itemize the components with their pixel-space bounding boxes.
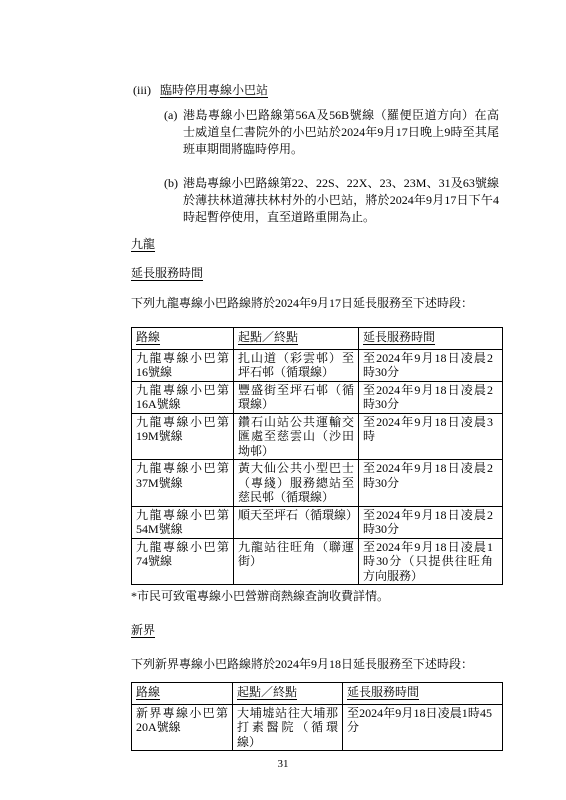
paragraph-a-marker: (a) [164,107,177,124]
paragraph-b: (b) 港島專線小巴路線第22、22S、22X、23、23M、31及63號線於薄… [131,175,499,226]
table-row: 新界專線小巴第20A號線大埔墟站往大埔那打素醫院（循環線）至2024年9月18日… [132,704,503,751]
table-cell: 九龍專線小巴第16A號線 [132,381,234,413]
table-cell: 至2024年9月18日凌晨1時45分 [343,704,503,751]
section-iii-title: 臨時停用專線小巴站 [160,83,268,97]
paragraph-b-text: 港島專線小巴路線第22、22S、22X、23、23M、31及63號線於薄扶林道薄… [183,176,499,224]
table-row: 九龍專線小巴第16號線扎山道（彩雲邨）至坪石邨（循環線）至2024年9月18日凌… [132,349,503,381]
page-content: (iii)臨時停用專線小巴站 (a) 港島專線小巴路線第56A及56B號線（羅便… [131,82,502,751]
table-cell: 九龍專線小巴第54M號線 [132,506,234,538]
kowloon-intro: 下列九龍專線小巴路線將於2024年9月17日延長服務至下述時段： [131,295,502,312]
paragraph-b-marker: (b) [164,175,178,192]
table-cell: 新界專線小巴第20A號線 [132,704,233,751]
column-header: 延長服務時間 [343,683,503,705]
column-header: 路線 [132,683,233,705]
paragraph-a: (a) 港島專線小巴路線第56A及56B號線（羅便臣道方向）在高士威道皇仁書院外… [131,107,499,158]
table-row: 九龍專線小巴第54M號線順天至坪石（循環線）至2024年9月18日凌晨2時30分 [132,506,503,538]
column-header: 起點／終點 [233,683,343,705]
table-cell: 九龍專線小巴第74號線 [132,538,234,585]
table-cell: 九龍專線小巴第37M號線 [132,460,234,507]
column-header: 路線 [132,328,234,350]
table-cell: 至2024年9月18日凌晨2時30分 [359,460,503,507]
table-cell: 至2024年9月18日凌晨2時30分 [359,506,503,538]
table-cell: 大埔墟站往大埔那打素醫院（循環線） [233,704,343,751]
table-cell: 至2024年9月18日凌晨3時 [359,413,503,460]
fare-footnote: *市民可致電專線小巴營辦商熱線查詢收費詳情。 [131,588,502,605]
table-row: 九龍專線小巴第19M號線鑽石山站公共運輸交匯處至慈雲山（沙田坳邨）至2024年9… [132,413,503,460]
new-territories-intro: 下列新界專線小巴路線將於2024年9月18日延長服務至下述時段： [131,656,502,673]
section-iii-heading: (iii)臨時停用專線小巴站 [131,82,502,99]
table-cell: 豐盛街至坪石邨（循環線） [234,381,359,413]
table-cell: 至2024年9月18日凌晨2時30分 [359,381,503,413]
table-cell: 九龍專線小巴第19M號線 [132,413,234,460]
kowloon-routes-table: 路線起點／終點延長服務時間九龍專線小巴第16號線扎山道（彩雲邨）至坪石邨（循環線… [131,327,503,585]
new-territories-routes-table: 路線起點／終點延長服務時間新界專線小巴第20A號線大埔墟站往大埔那打素醫院（循環… [131,682,503,751]
table-cell: 九龍專線小巴第16號線 [132,349,234,381]
section-iii-marker: (iii) [133,82,160,99]
table-cell: 九龍站往旺角（聯運街） [234,538,359,585]
table-header-row: 路線起點／終點延長服務時間 [132,683,503,705]
table-header-row: 路線起點／終點延長服務時間 [132,328,503,350]
document-page: (iii)臨時停用專線小巴站 (a) 港島專線小巴路線第56A及56B號線（羅便… [0,0,566,800]
table-row: 九龍專線小巴第16A號線豐盛街至坪石邨（循環線）至2024年9月18日凌晨2時3… [132,381,503,413]
table-cell: 鑽石山站公共運輸交匯處至慈雲山（沙田坳邨） [234,413,359,460]
page-number: 31 [0,757,566,771]
table-cell: 扎山道（彩雲邨）至坪石邨（循環線） [234,349,359,381]
table-cell: 黃大仙公共小型巴士（專綫）服務總站至慈民邨（循環線） [234,460,359,507]
new-territories-heading: 新界 [131,622,502,639]
extended-service-heading: 延長服務時間 [131,265,502,282]
table-cell: 至2024年9月18日凌晨2時30分 [359,349,503,381]
table-cell: 至2024年9月18日凌晨1時30分（只提供往旺角方向服務） [359,538,503,585]
table-cell: 順天至坪石（循環線） [234,506,359,538]
table-row: 九龍專線小巴第37M號線黃大仙公共小型巴士（專綫）服務總站至慈民邨（循環線）至2… [132,460,503,507]
column-header: 起點／終點 [234,328,359,350]
kowloon-heading: 九龍 [131,236,502,253]
paragraph-a-text: 港島專線小巴路線第56A及56B號線（羅便臣道方向）在高士威道皇仁書院外的小巴站… [183,108,499,156]
table-row: 九龍專線小巴第74號線九龍站往旺角（聯運街）至2024年9月18日凌晨1時30分… [132,538,503,585]
column-header: 延長服務時間 [359,328,503,350]
